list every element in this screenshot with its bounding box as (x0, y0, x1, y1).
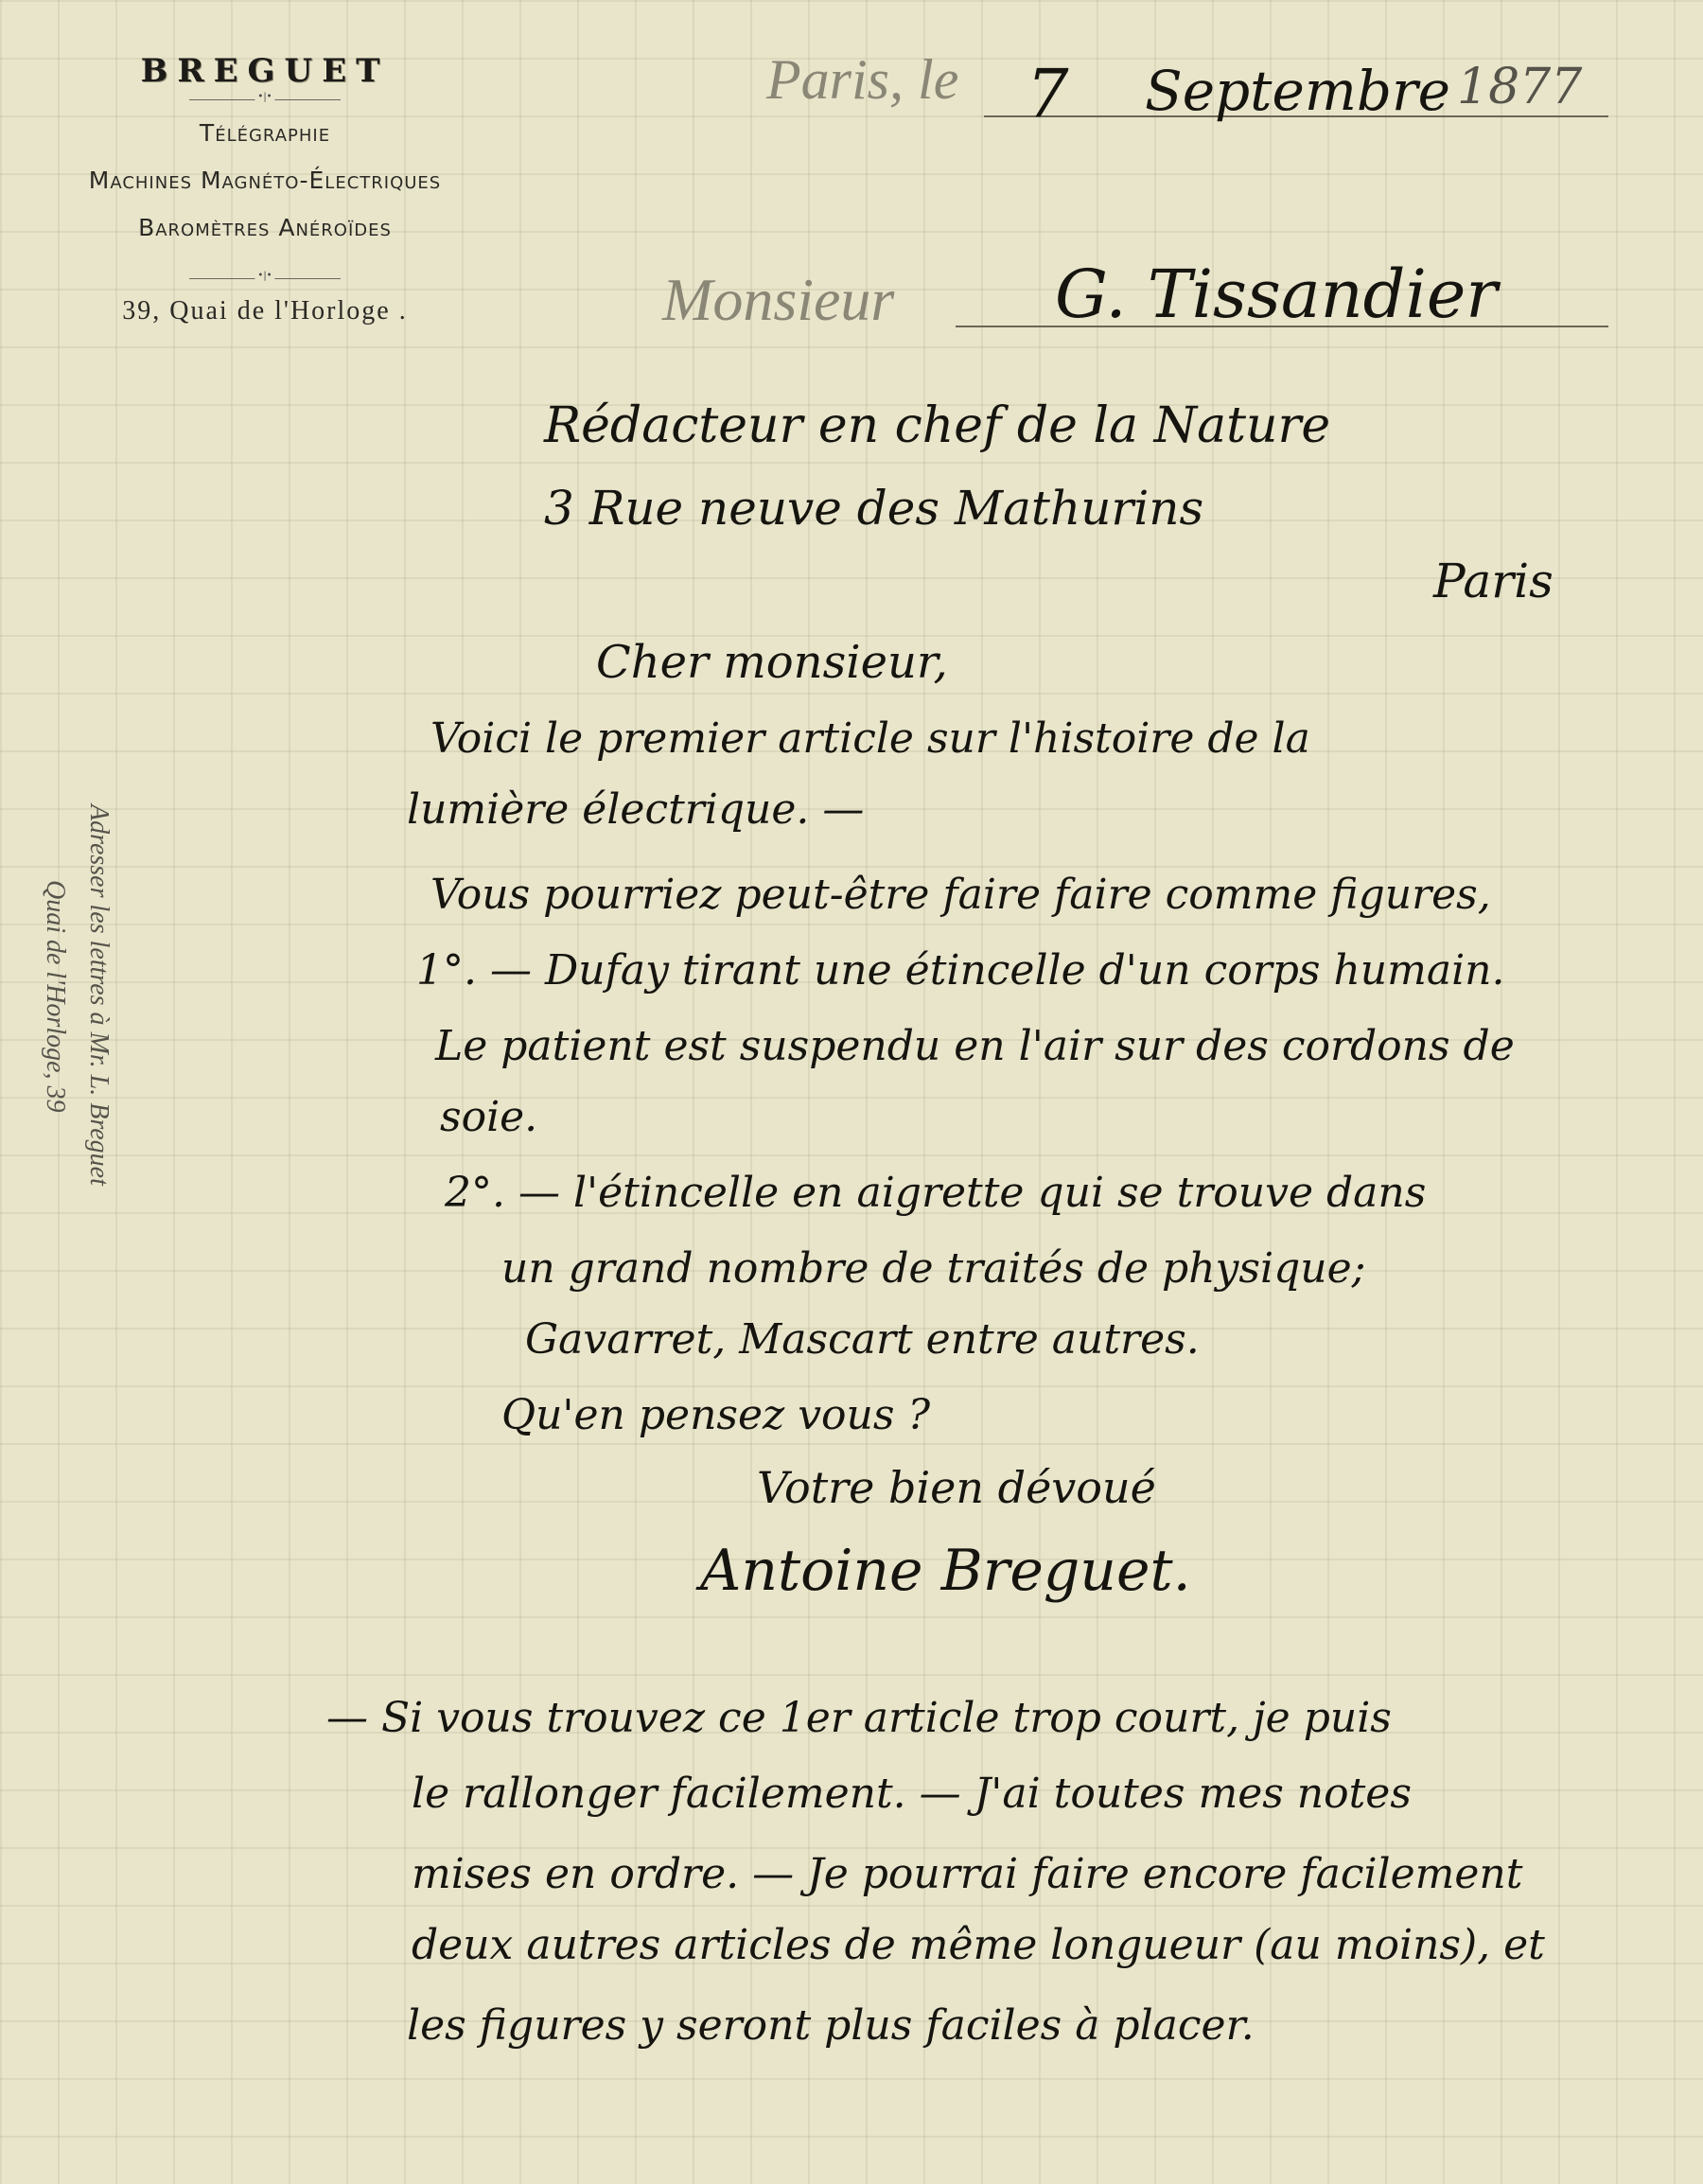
letterhead-line-2: Machines Magnéto-Électriques (38, 157, 492, 204)
body-line-3: Vous pourriez peut-être faire faire comm… (430, 871, 1491, 919)
dateline-prefix: Paris, le (766, 47, 958, 113)
body-line-4: 1°. — Dufay tirant une étincelle d'un co… (416, 946, 1505, 995)
ornament-divider (189, 99, 341, 100)
ornament-divider (189, 278, 341, 279)
postscript-line-4: deux autres articles de même longueur (a… (412, 1921, 1545, 1969)
sidebar-vertical-line-2: Quai de l'Horloge, 39 (40, 880, 70, 1113)
letterhead: BREGUET Télégraphie Machines Magnéto-Éle… (38, 52, 492, 326)
recipient-prefix: Monsieur (662, 265, 894, 335)
body-line-10: Qu'en pensez vous ? (501, 1391, 930, 1439)
recipient-name: G. Tissandier (1055, 255, 1498, 333)
postscript-line-3: mises en ordre. — Je pourrai faire encor… (412, 1850, 1522, 1898)
body-line-9: Gavarret, Mascart entre autres. (525, 1315, 1200, 1364)
body-line-1: Voici le premier article sur l'histoire … (430, 714, 1310, 763)
signature: Antoine Breguet. (700, 1538, 1191, 1604)
body-line-6: soie. (440, 1093, 537, 1141)
letterhead-line-1: Télégraphie (38, 110, 492, 157)
salutation: Cher monsieur, (596, 636, 948, 689)
postscript-line-1: — Si vous trouvez ce 1er article trop co… (326, 1694, 1392, 1742)
recipient-city: Paris (1433, 554, 1554, 608)
recipient-title: Rédacteur en chef de la Nature (544, 397, 1330, 454)
postscript-line-5: les figures y seront plus faciles à plac… (407, 2001, 1255, 2050)
letterhead-address: 39, Quai de l'Horloge . (38, 296, 492, 326)
sidebar-vertical-line-1: Adresser les lettres à Mr. L. Breguet (83, 804, 114, 1186)
recipient-street: 3 Rue neuve des Mathurins (544, 481, 1203, 536)
body-line-8: un grand nombre de traités de physique; (501, 1244, 1365, 1293)
body-line-2: lumière électrique. — (407, 785, 864, 834)
closing: Votre bien dévoué (757, 1462, 1156, 1513)
letterhead-line-3: Baromètres Anéroïdes (38, 204, 492, 252)
dateline-month: Septembre (1145, 59, 1450, 123)
brand-name: BREGUET (38, 52, 492, 90)
dateline-year: 1877 (1457, 59, 1582, 115)
body-line-7: 2°. — l'étincelle en aigrette qui se tro… (445, 1169, 1426, 1217)
postscript-line-2: le rallonger facilement. — J'ai toutes m… (412, 1770, 1412, 1818)
body-line-5: Le patient est suspendu en l'air sur des… (435, 1022, 1515, 1070)
dateline-day: 7 (1027, 55, 1069, 132)
